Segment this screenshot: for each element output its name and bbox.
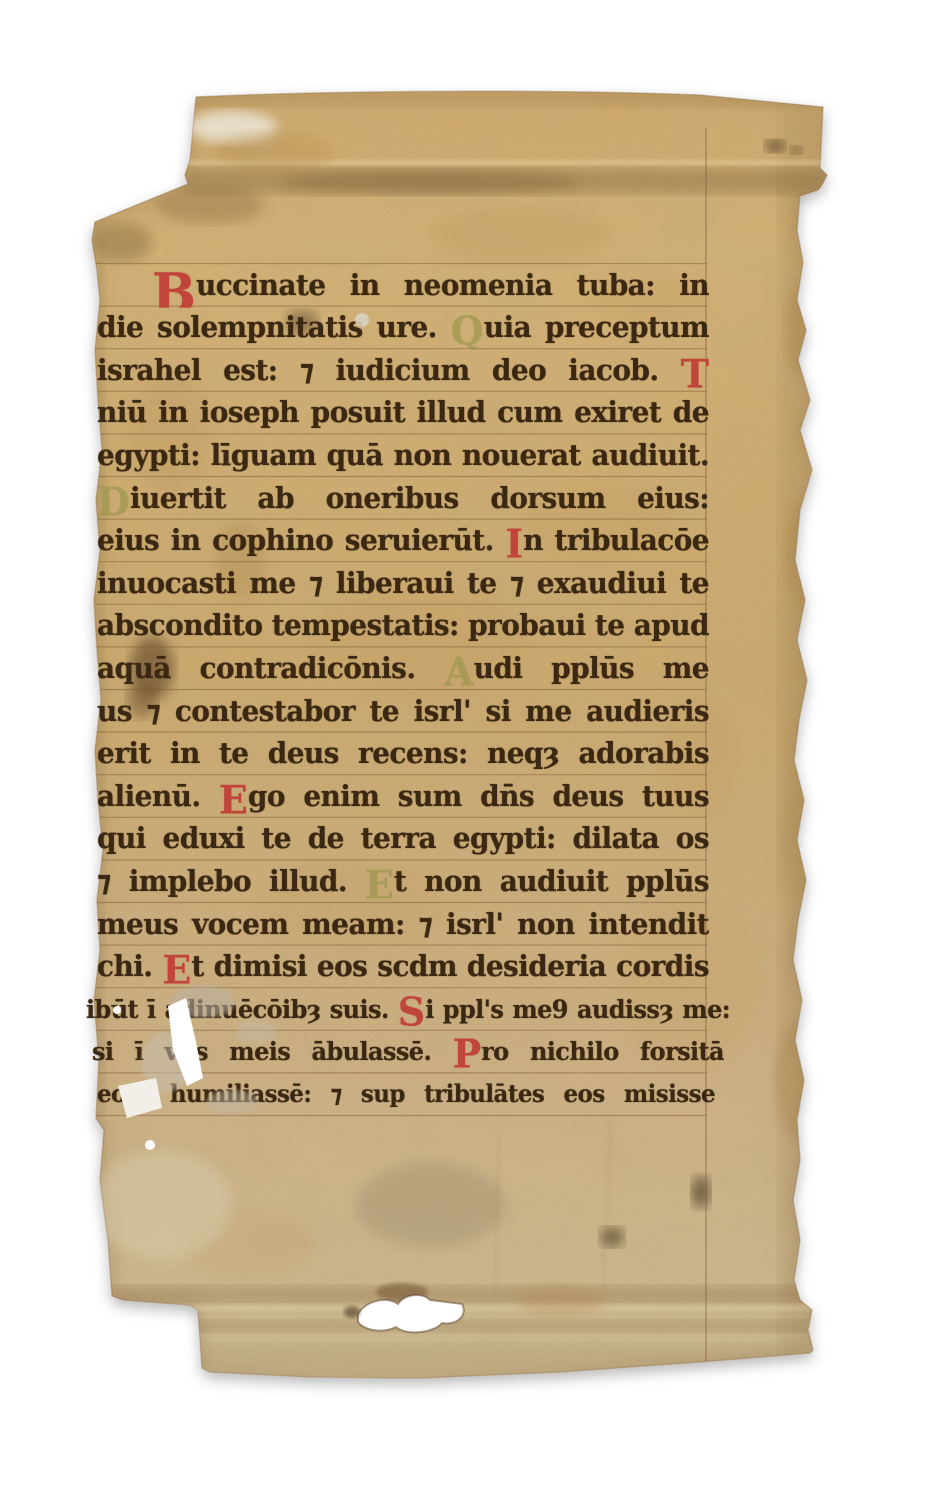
text-line-11: us ⁊ contestabor te isrl' si me audieris… <box>97 691 709 734</box>
text-segment: iuertit ab oneribus dorsum eius: man9 <box>97 481 709 521</box>
text-line-4: niū in ioseph posuit illud cum exiret de… <box>97 392 709 435</box>
text-segment: uccinate in neomenia tuba: in insigni <box>152 268 709 308</box>
text-line-16: meus vocem meam: ⁊ isrl' non intendit mi <box>97 904 709 947</box>
text-line-2: die solempnitatis ure. Quia preceptum in <box>97 307 709 350</box>
text-segment: n tribulacōe <box>523 523 709 557</box>
text-line-9: abscondito tempestatis: probaui te apud <box>97 605 709 648</box>
text-segment: go enim sum dn̄s deus tuus <box>248 779 709 813</box>
text-segment: meus vocem meam: ⁊ isrl' non intendit mi <box>97 907 709 947</box>
manuscript-photo: Buccinate in neomenia tuba: in insignidi… <box>0 0 952 1500</box>
text-segment: abscondito tempestatis: probaui te apud <box>97 608 709 642</box>
text-segment: chi. <box>97 949 162 983</box>
text-line-12: erit in te deus recens: neqȝ adorabis de… <box>97 733 709 776</box>
text-segment: eorȝ humiliassē: ⁊ sup tribulātes eos mi… <box>97 1080 715 1116</box>
text-line-18: ibūt ī adinuēcōibȝ suis. Si ppl's me9 au… <box>86 989 730 1032</box>
text-segment: alienū. <box>97 779 219 813</box>
text-line-15: ⁊ implebo illud. Et non audiuit pplūs <box>97 861 709 904</box>
text-segment: niū in ioseph posuit illud cum exiret de… <box>97 395 709 435</box>
text-line-14: qui eduxi te de terra egypti: dilata os … <box>97 818 709 861</box>
text-segment: ⁊ implebo illud. <box>97 864 365 898</box>
text-block: Buccinate in neomenia tuba: in insignidi… <box>0 0 952 1500</box>
text-segment: erit in te deus recens: neqȝ adorabis de… <box>97 736 709 776</box>
text-line-7: eius in cophino seruierūt. In tribulacōe <box>97 520 709 563</box>
text-line-17: chi. Et dimisi eos scdm desideria cordis… <box>97 946 709 989</box>
text-line-6: Diuertit ab oneribus dorsum eius: man9 <box>97 478 709 521</box>
text-segment: aquā contradicōnis. <box>97 651 444 685</box>
text-segment: israhel est: ⁊ iudicium deo iacob. <box>97 353 681 387</box>
text-line-20: eorȝ humiliassē: ⁊ sup tribulātes eos mi… <box>97 1074 715 1117</box>
text-line-19: si ī viis meis ābulassē. Pro nichilo for… <box>92 1031 724 1074</box>
text-line-1: Buccinate in neomenia tuba: in insigni <box>152 265 709 308</box>
text-line-3: israhel est: ⁊ iudicium deo iacob. Testi… <box>97 350 709 393</box>
text-segment: eius in cophino seruierūt. <box>97 523 505 557</box>
text-segment: t non audiuit pplūs <box>394 864 709 898</box>
text-line-10: aquā contradicōnis. Audi pplūs me <box>97 648 709 691</box>
text-segment: egypti: līguam quā non nouerat audiuit. <box>97 438 709 472</box>
text-segment: ibūt ī adinuēcōibȝ suis. <box>86 994 398 1024</box>
text-segment: udi pplūs me <box>474 651 709 685</box>
text-line-13: alienū. Ego enim sum dn̄s deus tuus <box>97 776 709 819</box>
text-segment: si ī viis meis ābulassē. <box>92 1036 453 1066</box>
text-segment: qui eduxi te de terra egypti: dilata os … <box>97 821 709 861</box>
text-segment: inuocasti me ⁊ liberaui te ⁊ exaudiui te… <box>97 566 709 606</box>
text-line-8: inuocasti me ⁊ liberaui te ⁊ exaudiui te… <box>97 563 709 606</box>
text-segment: die solempnitatis ure. <box>97 310 451 344</box>
text-segment: us ⁊ contestabor te isrl' si me audieris… <box>97 694 709 734</box>
text-line-5: egypti: līguam quā non nouerat audiuit. <box>97 435 709 478</box>
